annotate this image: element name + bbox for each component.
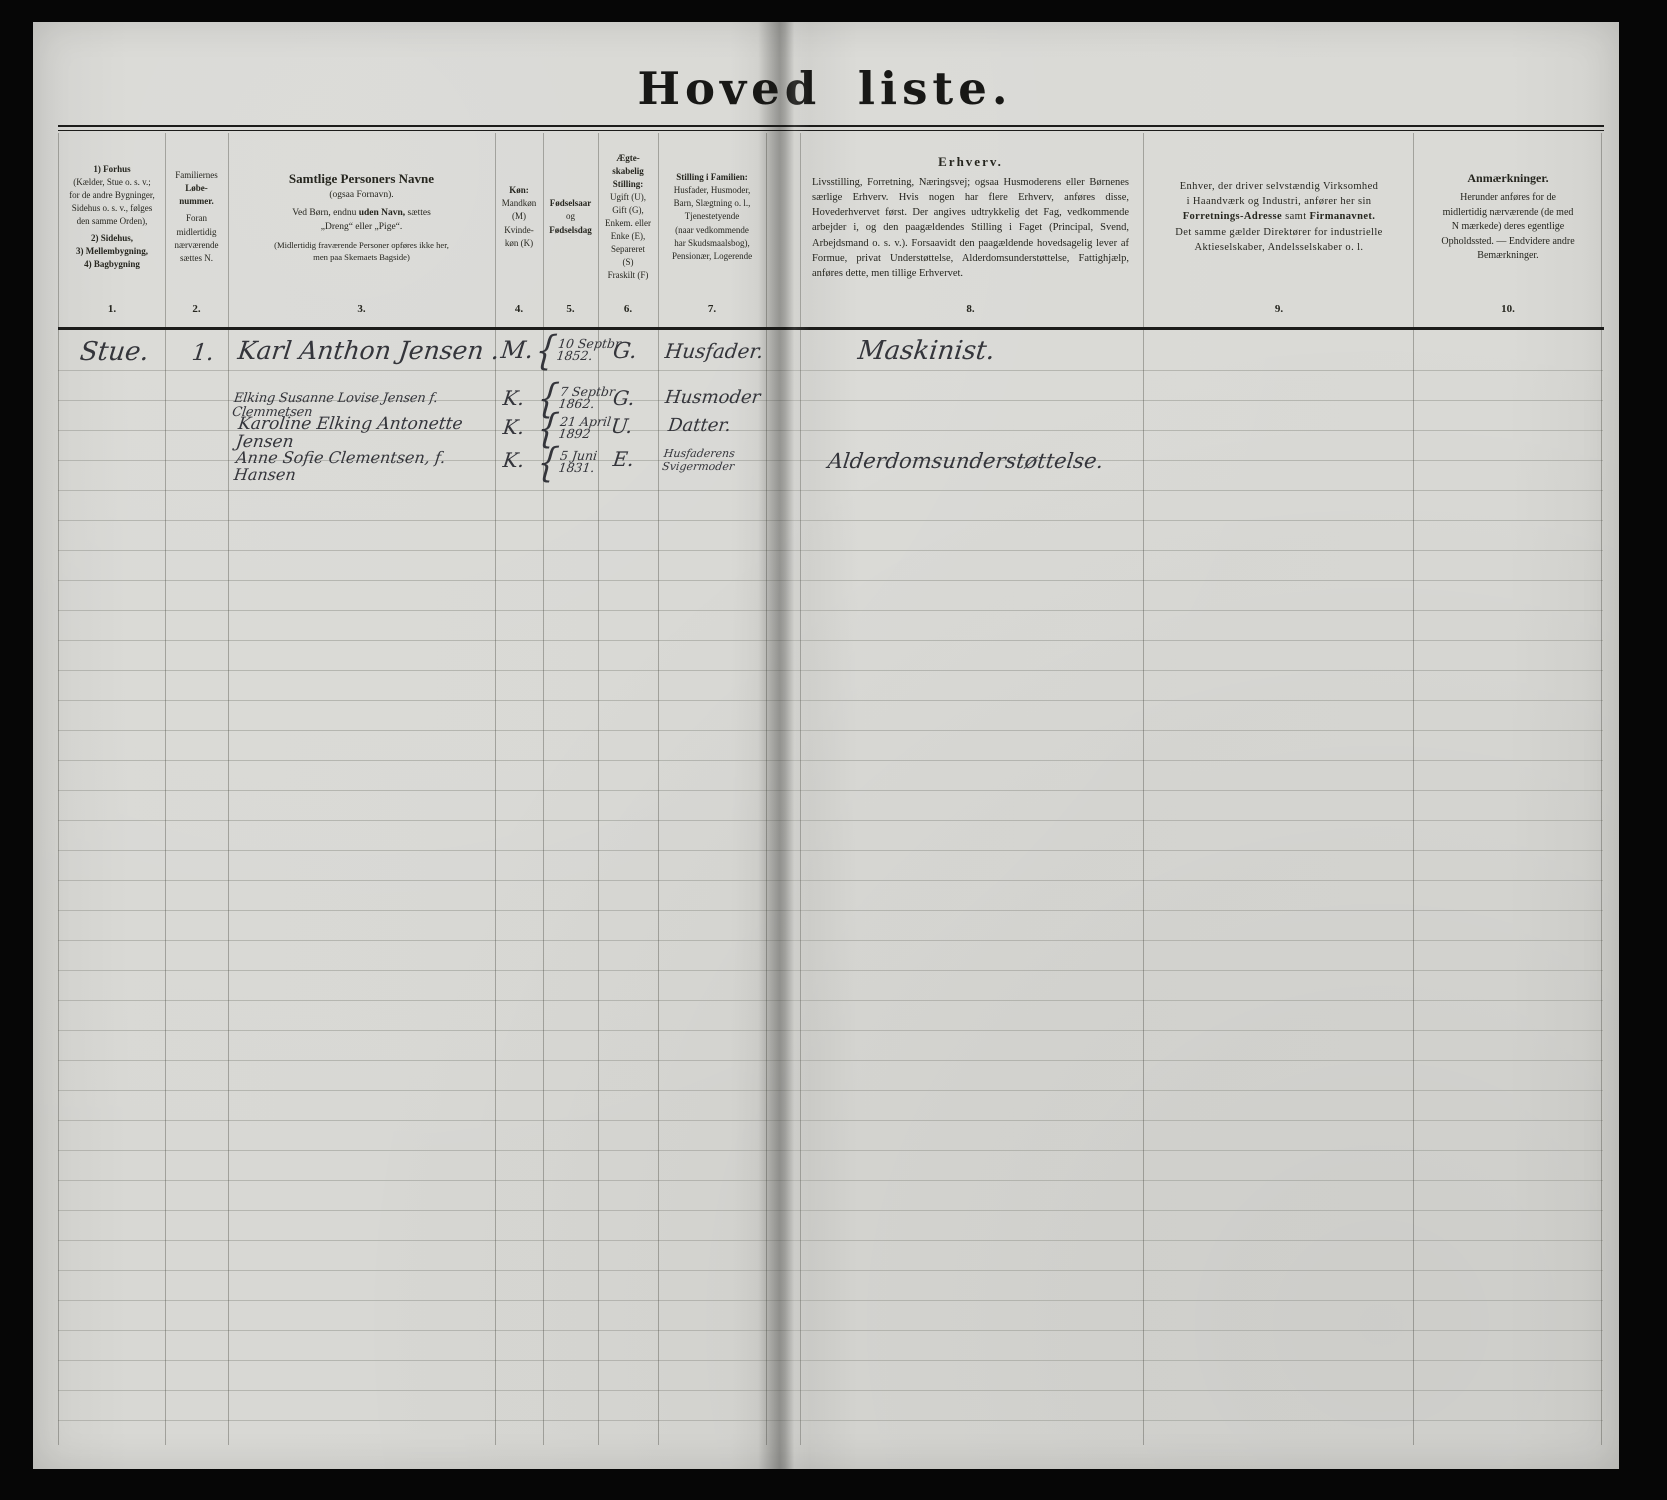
entry-family-position: Datter.: [667, 417, 732, 436]
column-header-text: Erhverv.: [938, 153, 1003, 172]
column-header-text: Fødselsdag: [549, 224, 592, 237]
column-header-text: Fødselsaar: [550, 197, 592, 210]
header-top-rule-thin: [58, 130, 1604, 131]
column-header-text: Ugift (U), Gift (G), Enkem. eller Enke (…: [605, 191, 651, 282]
column-header-text: Herunder anføres for de midlertidig nærv…: [1441, 191, 1574, 264]
column-header-sex: Køn: Mandkøn (M) Kvinde- køn (K): [497, 136, 541, 298]
column-header-text: (ogsaa Fornavn).: [329, 189, 393, 203]
column-header-text: Det samme gælder Direktører for industri…: [1175, 225, 1382, 240]
column-header-text: Familiernes: [175, 169, 218, 182]
column-header-text: „Dreng“ eller „Pige“.: [321, 221, 403, 235]
column-header-text: samt: [1282, 211, 1309, 222]
entry-sex: M.: [499, 338, 534, 363]
column-header-text: Anmærkninger.: [1467, 170, 1548, 187]
column-header-occupation: Erhverv. Livsstilling, Forretning, Nærin…: [800, 136, 1141, 298]
column-number-5: 5.: [545, 303, 596, 325]
column-header-building: 1) Forhus (Kælder, Stue o. s. v.; for de…: [60, 136, 164, 298]
column-number-7: 7.: [660, 303, 764, 325]
birth-year: 1852.: [556, 350, 620, 363]
column-header-text: uden Navn,: [359, 208, 405, 218]
column-header-text: Enhver, der driver selvstændig Virksomhe…: [1180, 179, 1379, 194]
entry-marital-status: U.: [610, 416, 634, 437]
column-number-2: 2.: [167, 303, 226, 325]
column-header-text: Køn:: [509, 184, 529, 197]
column-header-text: 2) Sidehus, 3) Mellembygning, 4) Bagbygn…: [76, 232, 148, 271]
entry-occupation: Maskinist.: [856, 338, 996, 365]
column-header-marital-status: Ægte- skabelig Stilling: Ugift (U), Gift…: [600, 136, 656, 298]
entry-occupation: Alderdomsunderstøttelse.: [827, 450, 1105, 472]
header-top-rule: [58, 125, 1604, 127]
entry-sex: K.: [502, 417, 526, 438]
column-number-9: 9.: [1147, 303, 1411, 325]
column-number-6: 6.: [600, 303, 656, 325]
column-header-text: i Haandværk og Industri, anfører her sin: [1187, 194, 1372, 209]
column-header-text: Ægte- skabelig Stilling:: [612, 152, 644, 191]
entry-marital-status: E.: [612, 449, 636, 470]
column-header-text: Forretnings-Adresse: [1183, 211, 1282, 222]
birth-year: 1831.: [558, 462, 597, 475]
column-header-family-number: Familiernes Løbe- nummer. Foran midlerti…: [167, 136, 226, 298]
column-header-text: Firmanavnet.: [1310, 211, 1376, 222]
column-header-text: Mandkøn (M) Kvinde- køn (K): [502, 197, 537, 249]
column-header-text: Samtlige Personers Navne: [289, 170, 434, 189]
page-gutter-shadow: [758, 22, 810, 1469]
column-header-text: Aktieselskaber, Andelsselskaber o. l.: [1195, 240, 1364, 255]
column-number-10: 10.: [1417, 303, 1599, 325]
column-number-1: 1.: [60, 303, 164, 325]
column-header-birthdate: Fødselsaar og Fødselsdag: [545, 136, 596, 298]
column-header-text: Livsstilling, Forretning, Næringsvej; og…: [800, 175, 1141, 282]
column-header-text: sættes: [405, 208, 431, 218]
column-header-text: Stilling i Familien:: [676, 171, 748, 184]
column-header-names: Samtlige Personers Navne (ogsaa Fornavn)…: [230, 136, 493, 298]
page-title: Hoved liste.: [625, 62, 1025, 115]
column-header-text: Løbe- nummer.: [179, 182, 213, 208]
column-header-business-address: Enhver, der driver selvstændig Virksomhe…: [1147, 136, 1411, 298]
entry-sex: K.: [502, 450, 526, 471]
column-number-8: 8.: [800, 303, 1141, 325]
entry-family-number: 1.: [191, 341, 216, 365]
column-header-text: Foran midlertidig nærværende sættes N.: [175, 212, 219, 264]
entry-family-position: Husfader.: [664, 341, 765, 362]
birth-year: 1892: [558, 428, 610, 441]
column-header-text: (Midlertidig fraværende Personer opføres…: [274, 239, 449, 264]
column-header-text: 1) Forhus: [93, 163, 130, 176]
entry-family-position: Husmoder: [664, 389, 762, 408]
entry-marital-status: G.: [612, 388, 636, 409]
entry-birthdate: { 5 Juni1831.: [536, 446, 598, 478]
column-header-text: Ved Børn, endnu uden Navn, sættes: [292, 207, 431, 221]
column-header-text: (Kælder, Stue o. s. v.; for de andre Byg…: [69, 176, 155, 228]
column-number-4: 4.: [497, 303, 541, 325]
entry-name: Karoline Elking Antonette Jensen: [235, 416, 507, 452]
entry-birthdate: { 10 Septbr1852.: [534, 334, 622, 366]
entry-marital-status: G.: [612, 340, 639, 363]
entry-sex: K.: [502, 388, 526, 409]
column-header-text: Husfader, Husmoder, Barn, Slægtning o. l…: [672, 184, 752, 262]
column-header-family-position: Stilling i Familien: Husfader, Husmoder,…: [660, 136, 764, 298]
entry-name: Karl Anthon Jensen .: [236, 338, 509, 364]
column-header-text: og: [566, 210, 575, 223]
birthdate-brace: {: [534, 330, 559, 370]
birth-year: 1862.: [558, 398, 614, 411]
birthdate-brace: {: [536, 442, 561, 482]
column-number-3: 3.: [230, 303, 493, 325]
entry-name: Anne Sofie Clementsen, f. Hansen: [233, 450, 505, 484]
table-ruled-lines: [58, 341, 1603, 1442]
column-header-text: Ved Børn, endnu: [292, 208, 359, 218]
entry-building: Stue.: [78, 339, 150, 366]
entry-family-position: Husfaderens Svigermoder: [661, 447, 736, 473]
column-header-text: Forretnings-Adresse samt Firmanavnet.: [1183, 209, 1376, 224]
header-bottom-rule: [58, 327, 1604, 330]
column-header-remarks: Anmærkninger. Herunder anføres for de mi…: [1417, 136, 1599, 298]
